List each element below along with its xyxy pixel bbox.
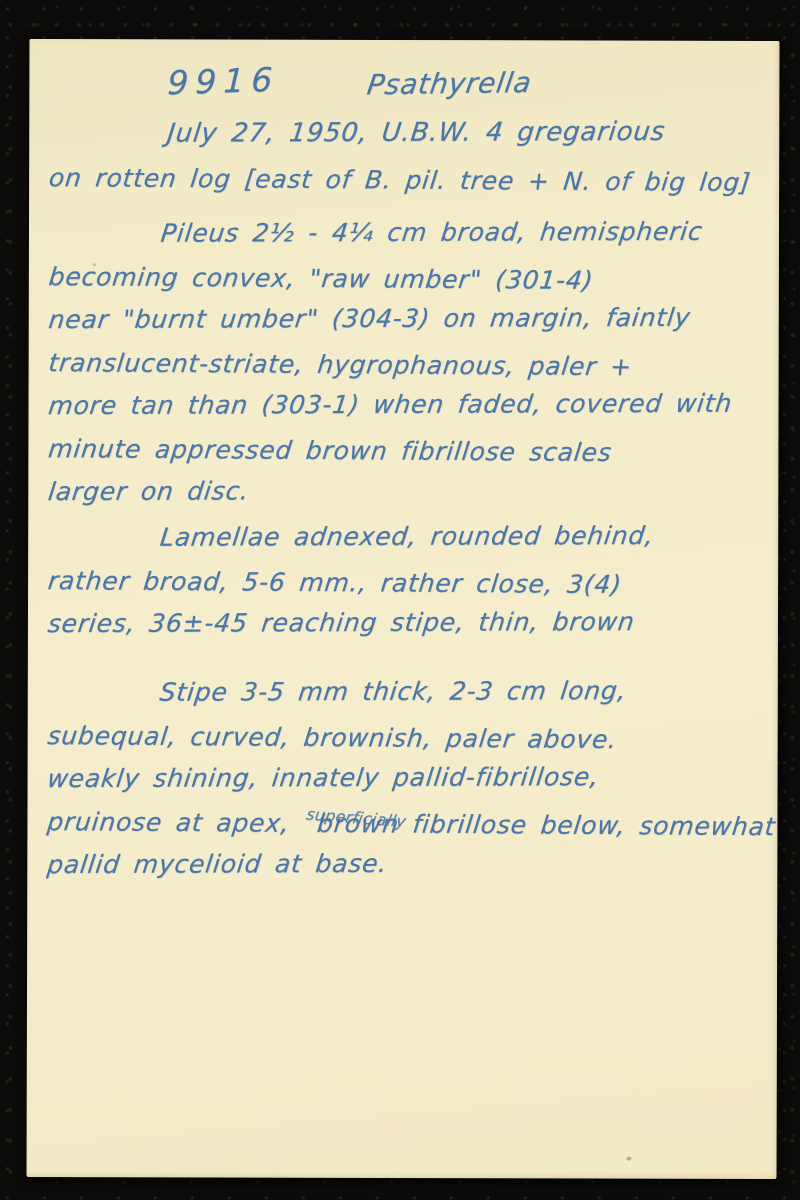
line-segment: pruinose at apex,	[46, 807, 292, 838]
handwritten-line: pallid mycelioid at base.	[45, 841, 757, 886]
scan-background: 9916 Psathyrella July 27, 1950, U.B.W. 4…	[0, 0, 800, 1200]
handwritten-line: larger on disc.	[46, 468, 758, 513]
paper-speck	[93, 263, 96, 266]
handwritten-line: Pileus 2½ - 4¼ cm broad, hemispheric	[46, 210, 758, 255]
handwritten-line: near "burnt umber" (304-3) on margin, fa…	[46, 296, 758, 341]
paper-speck	[627, 1157, 632, 1161]
handwritten-content: 9916 Psathyrella July 27, 1950, U.B.W. 4…	[27, 39, 779, 888]
handwritten-line: weakly shining, innately pallid-fibrillo…	[45, 755, 757, 800]
specimen-number: 9916	[167, 60, 280, 103]
card-header: 9916 Psathyrella	[167, 61, 755, 111]
handwritten-line: more tan than (303-1) when faded, covere…	[46, 382, 758, 427]
lamellae-paragraph: Lamellae adnexed, rounded behind, rather…	[48, 516, 754, 647]
pileus-paragraph: Pileus 2½ - 4¼ cm broad, hemispheric bec…	[48, 212, 755, 515]
stipe-paragraph: Stipe 3-5 mm thick, 2-3 cm long, subequa…	[47, 671, 754, 888]
collection-info: July 27, 1950, U.B.W. 4 gregarious on ro…	[49, 113, 755, 201]
habitat-line: on rotten log [east of B. pil. tree + N.…	[47, 156, 757, 204]
handwritten-line: series, 36±-45 reaching stipe, thin, bro…	[45, 600, 757, 645]
date-line: July 27, 1950, U.B.W. 4 gregarious	[47, 111, 759, 156]
handwritten-line: Stipe 3-5 mm thick, 2-3 cm long,	[45, 669, 757, 714]
genus-title: Psathyrella	[365, 66, 534, 102]
note-card: 9916 Psathyrella July 27, 1950, U.B.W. 4…	[27, 39, 780, 1179]
handwritten-line: Lamellae adnexed, rounded behind,	[46, 514, 758, 559]
